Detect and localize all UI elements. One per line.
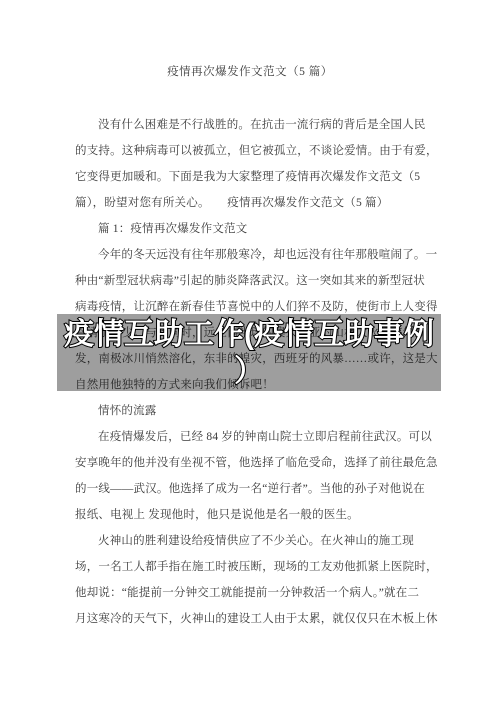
document-line: 篇 1：疫情再次爆发作文范文 xyxy=(75,216,428,242)
document-page: 疫情再次爆发作文范文（5 篇） 没有什么困难是不行战胜的。在抗击一流行病的背后是… xyxy=(0,0,500,706)
document-line: 今年的冬天远没有往年那般寒冷，却也远没有往年那般喧闹了。一 xyxy=(75,242,428,268)
document-line: 在疫情爆发后，已经 84 岁的钟南山院士立即启程前往武汉。可以 xyxy=(75,424,428,450)
document-line: 报纸、电视上 发现他时，他只是说他是名一般的医生。 xyxy=(75,502,428,528)
document-title: 疫情再次爆发作文范文（5 篇） xyxy=(0,64,500,80)
document-line: 没有什么困难是不行战胜的。在抗击一流行病的背后是全国人民 xyxy=(75,112,428,138)
watermark-title-line1: 疫情互助工作(疫情互助事例 xyxy=(57,316,441,353)
document-line: 场，一名工人都手指在施工时被压断，现场的工友劝他抓紧上医院时， xyxy=(75,554,428,580)
document-line: 火神山的胜利建设给疫情供应了不少关心。在火神山的施工现 xyxy=(75,528,428,554)
document-line: 种由“新型冠状病毒”引起的肺炎降落武汉。这一突如其来的新型冠状 xyxy=(75,268,428,294)
document-line: 安享晚年的他并没有坐视不管，他选择了临危受命，选择了前往最危急 xyxy=(75,450,428,476)
document-line: 情怀的流露 xyxy=(75,398,428,424)
document-line: 的支持。这种病毒可以被孤立，但它被孤立，不谈论爱情。由于有爱， xyxy=(75,138,428,164)
document-line: 篇），盼望对您有所关心。 疫情再次爆发作文范文（5 篇） xyxy=(75,190,428,216)
document-line: 月这寒冷的天气下，火神山的建设工人由于太累，就仅仅只在木板上休 xyxy=(75,606,428,632)
document-line: 它变得更加暖和。下面是我为大家整理了疫情再次爆发作文范文（5 xyxy=(75,164,428,190)
document-line: 他却说：“能提前一分钟交工就能提前一分钟救活一个病人。”就在二 xyxy=(75,580,428,606)
watermark-banner: 疫情互助工作(疫情互助事例 ） xyxy=(57,314,441,391)
document-line: 的一线——武汉。他选择了成为一名“逆行者”。当他的孙子对他说在 xyxy=(75,476,428,502)
watermark-title-line2: ） xyxy=(57,353,441,390)
